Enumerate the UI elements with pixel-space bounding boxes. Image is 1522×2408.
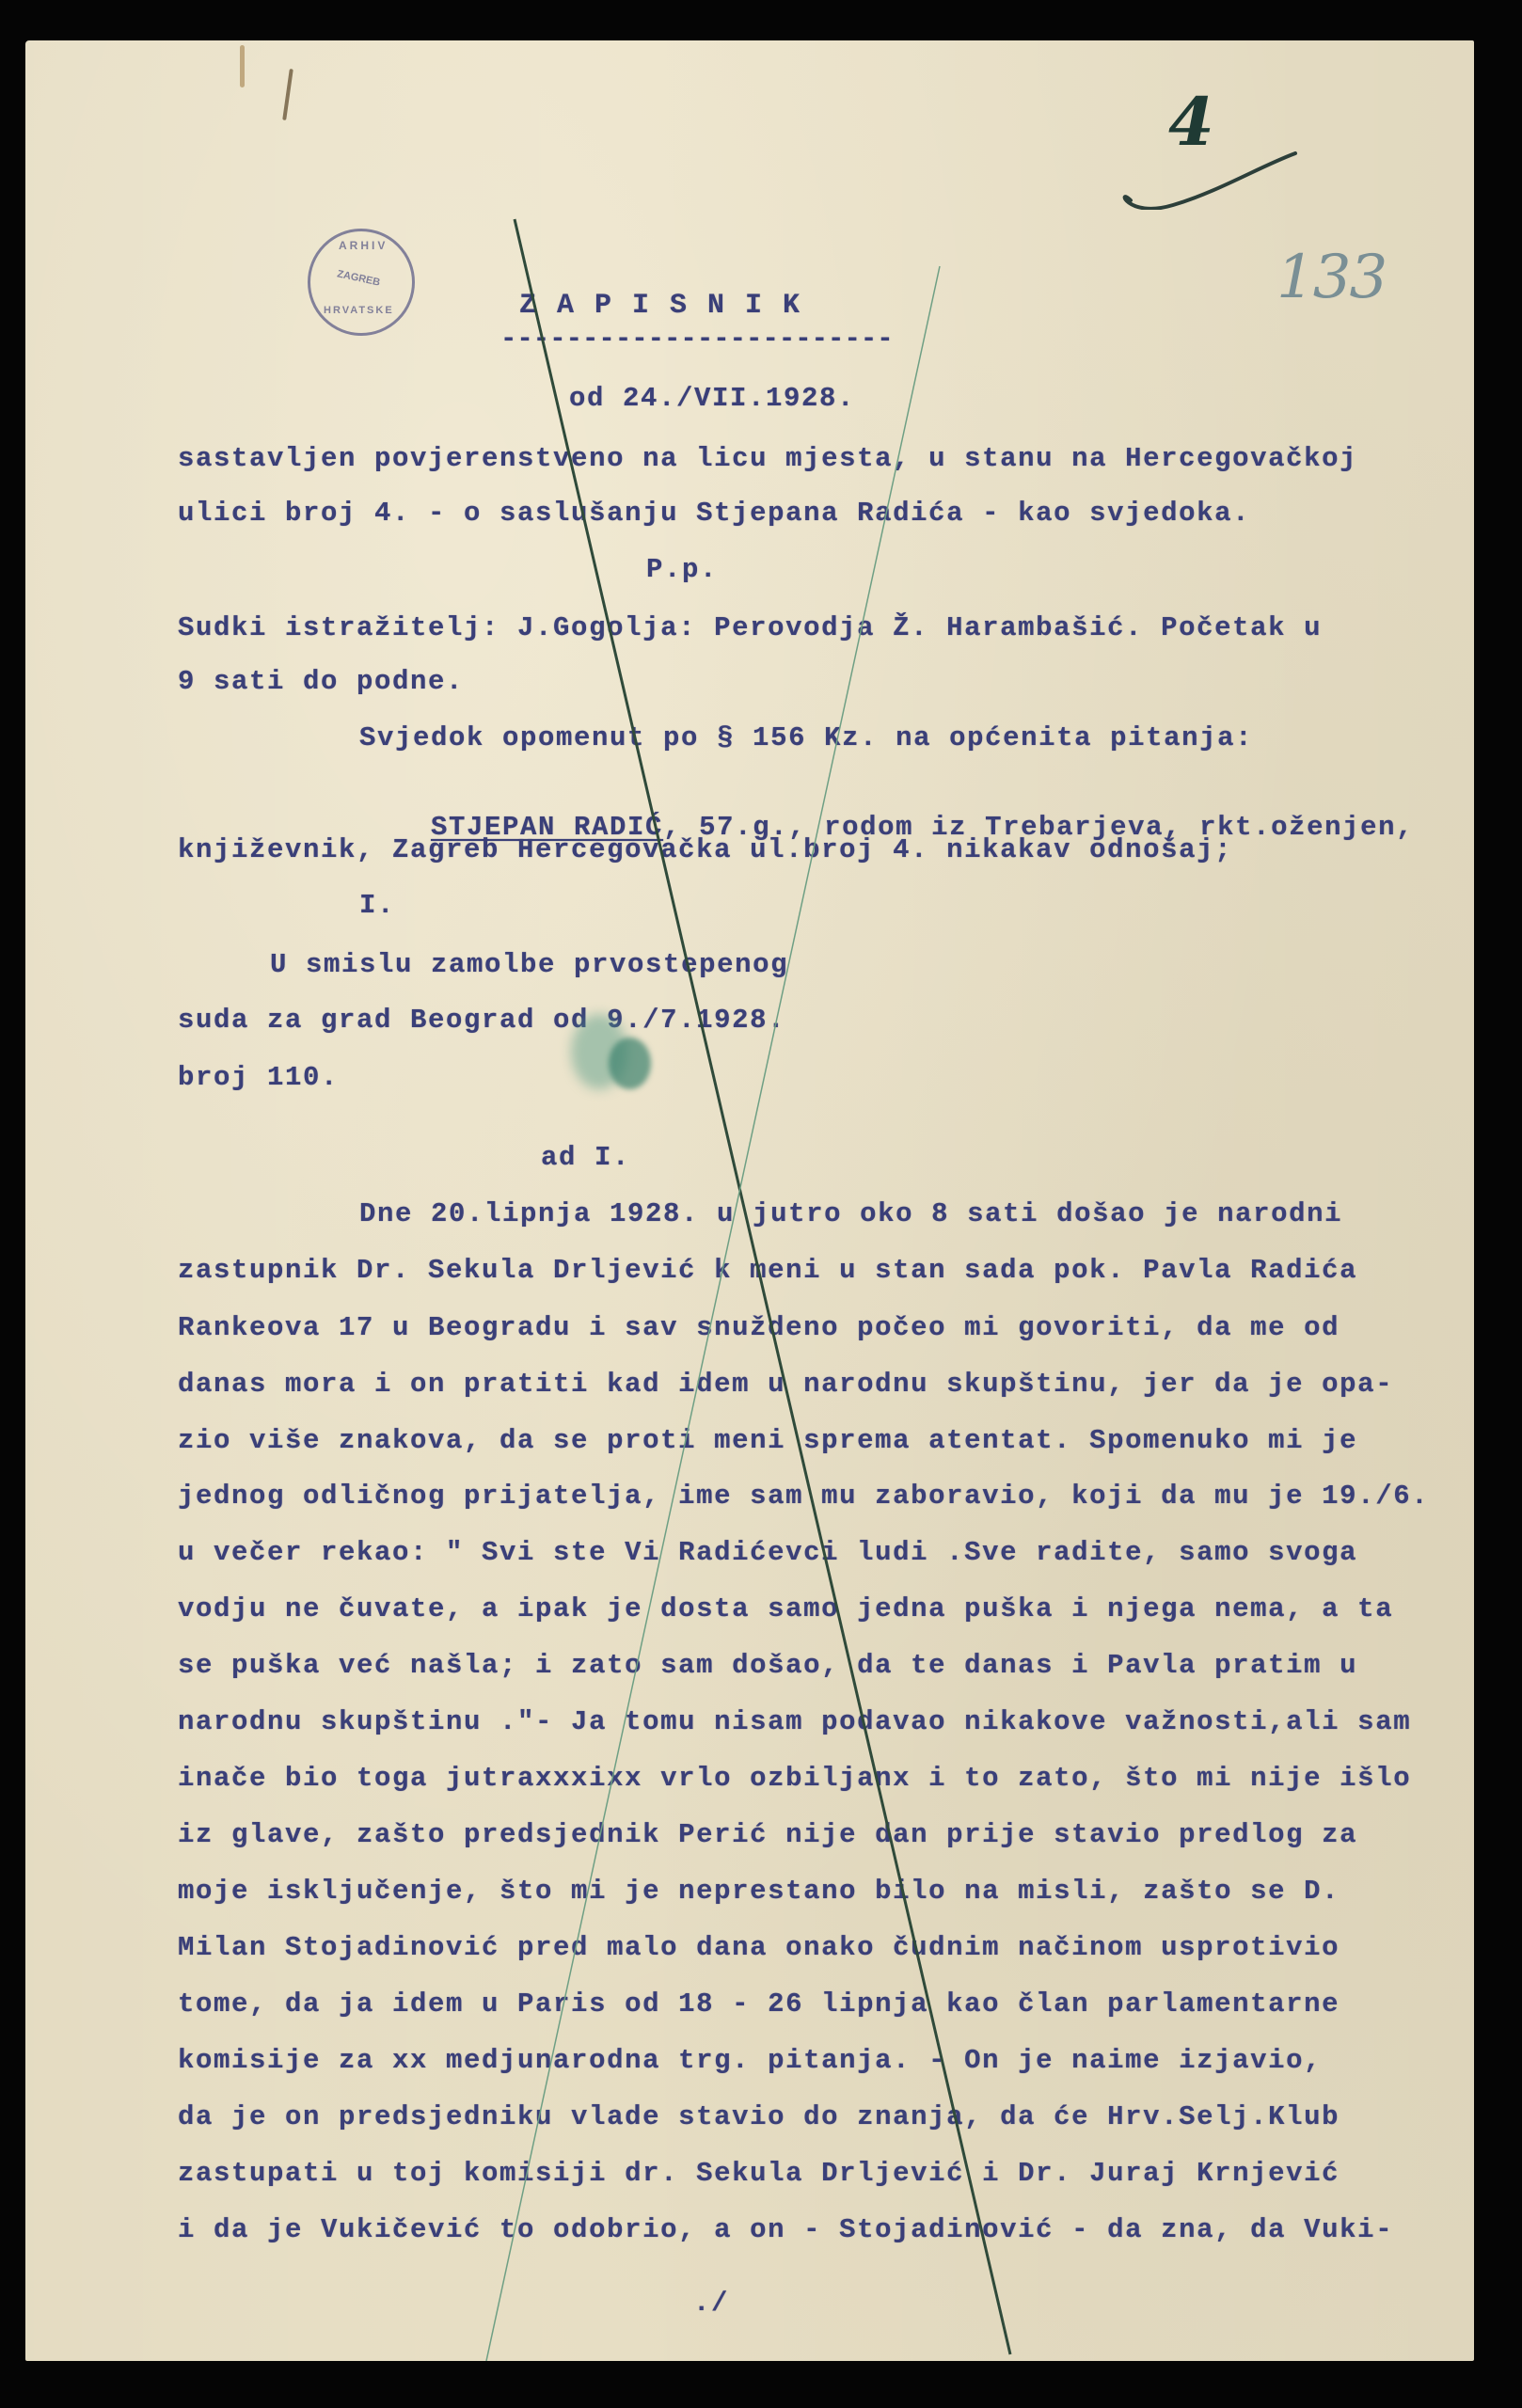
document-page: ARHIV ZAGREB HRVATSKE 4 133 ZAPISNIK ---… — [25, 40, 1474, 2361]
strike-through-marks — [25, 40, 1474, 2361]
